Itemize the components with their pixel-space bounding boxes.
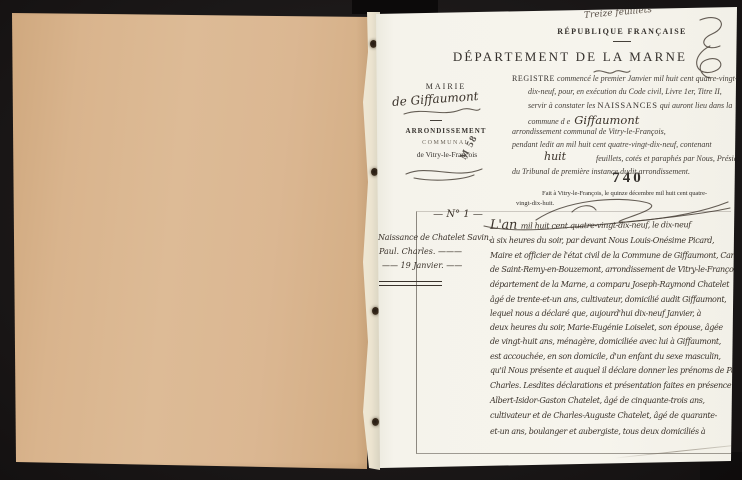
feuillets-count-handwritten: huit xyxy=(544,150,566,163)
act-margin-firstnames-line: Paul. Charles. ——— xyxy=(379,247,462,256)
department-header: DÉPARTEMENT DE LA MARNE xyxy=(450,49,690,65)
act-margin-date-line: —— 19 Janvier. —— xyxy=(382,261,462,270)
register-page: Treize feuillets RÉPUBLIQUE FRANÇAISE DÉ… xyxy=(366,4,742,472)
registre-word: REGISTRE xyxy=(512,74,555,83)
act-lan-initial: L'an xyxy=(490,218,521,233)
act-body-line: qu'il Nous présente et auquel il déclare… xyxy=(490,366,742,375)
registre-line-4: commune d e Giffaumont xyxy=(528,113,639,127)
folio-number: 740 xyxy=(596,170,660,187)
arrondissement-ville: de Vitry-le-François xyxy=(400,150,494,159)
act-body-line: département de la Marne, a comparu Josep… xyxy=(490,280,729,289)
act-body-line: âgé de trente-et-un ans, cultivateur, do… xyxy=(490,295,726,304)
act-body-line: Albert-Isidor-Gaston Chatelet, âgé de ci… xyxy=(490,396,705,405)
binding-hole xyxy=(372,418,379,426)
scanner-background-patch xyxy=(352,0,438,14)
act-body-line: cultivateur et de Charles-Auguste Chatel… xyxy=(490,411,717,420)
arrondissement-label: ARRONDISSEMENT xyxy=(396,127,496,135)
communal-label: COMMUNAL xyxy=(396,140,496,146)
naissances-word: NAISSANCES xyxy=(597,100,657,110)
binding-hole xyxy=(372,307,379,315)
act-body-line: de vingt-huit ans, ménagère, domiciliée … xyxy=(490,337,721,346)
act-body-line: Maire et officier de l'état civil de la … xyxy=(490,251,742,260)
registre-line-6: pendant ledit an mil huit cent quatre-vi… xyxy=(512,140,712,149)
act-body-line: deux heures du soir, Marie-Eugénie Loise… xyxy=(490,323,723,332)
mairie-underline-flourish xyxy=(400,105,482,117)
registre-line-7: feuillets, cotés et paraphés par Nous, P… xyxy=(596,154,742,163)
act-body-line: L'an mil huit cent quatre-vingt-dix-neuf… xyxy=(490,216,691,233)
republic-header: RÉPUBLIQUE FRANÇAISE xyxy=(534,27,710,36)
registre-line-5: arrondissement communal de Vitry-le-Fran… xyxy=(512,127,666,136)
scanned-register-spread: Treize feuillets RÉPUBLIQUE FRANÇAISE DÉ… xyxy=(0,0,742,480)
act-body-line: à six heures du soir, par devant Nous Lo… xyxy=(490,236,714,245)
registre-line-1: REGISTRE commencé le premier Janvier mil… xyxy=(512,74,738,83)
act-body-line: lequel nous a déclaré que, aujourd'hui d… xyxy=(490,309,701,318)
commune-handwritten-value: Giffaumont xyxy=(574,113,639,127)
header-rule xyxy=(613,41,631,42)
binding-hole xyxy=(371,168,378,176)
mairie-rule xyxy=(430,120,442,121)
act-number: — N° 1 — xyxy=(420,209,496,220)
act-margin-name-line: Naissance de Chatelet Savin, xyxy=(378,233,491,242)
mairie-swash-flourish xyxy=(404,164,484,182)
act-body-line: de Saint-Remy-en-Bouzemont, arrondisseme… xyxy=(490,265,742,274)
left-blank-page xyxy=(10,10,372,470)
act-body-line: est accouchée, en son domicile, d'un enf… xyxy=(490,352,721,361)
act-margin-double-rule xyxy=(379,281,442,286)
binding-hole xyxy=(370,40,377,48)
registre-line-2: dix-neuf, pour, en exécution du Code civ… xyxy=(528,87,722,96)
act-body-line: Charles. Lesdites déclarations et présen… xyxy=(490,381,742,390)
corner-handwritten-note: Treize feuillets xyxy=(584,5,653,21)
act-body-line: et-un ans, boulanger et aubergiste, tous… xyxy=(490,427,705,436)
registre-line-3: servir à constater les NAISSANCES qui au… xyxy=(528,100,732,110)
